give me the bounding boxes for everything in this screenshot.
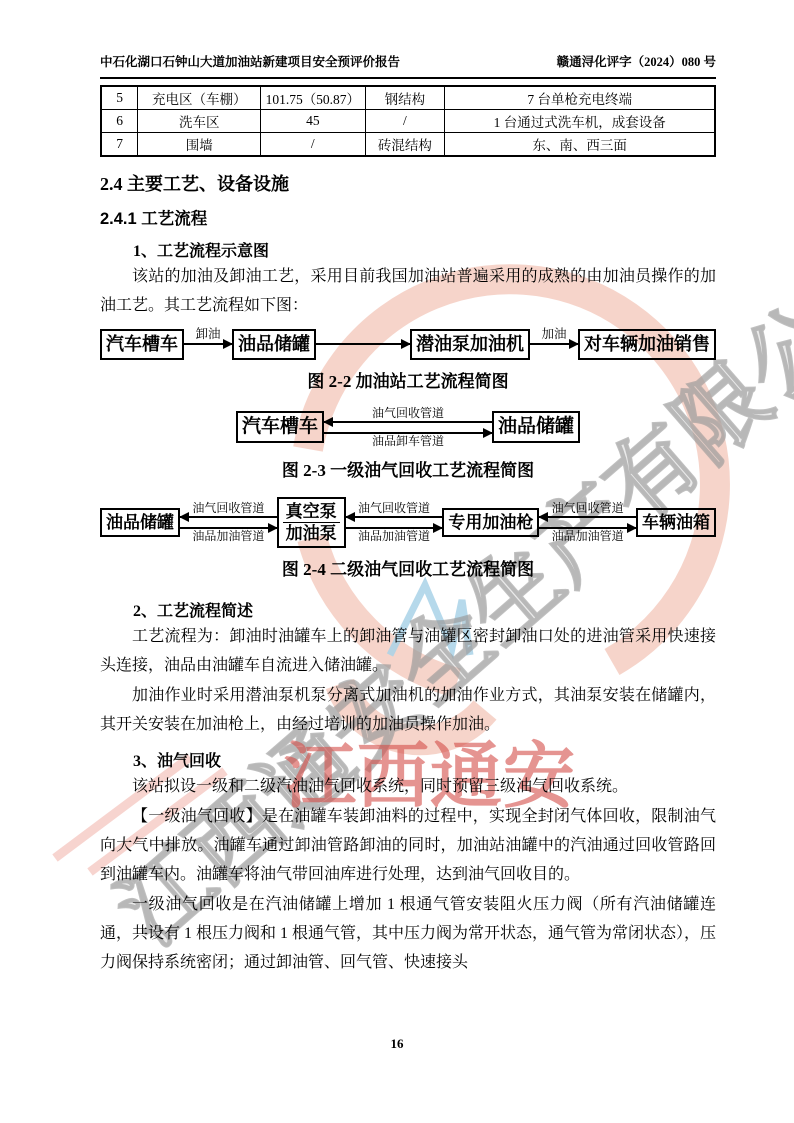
arrow-label-unload: 卸油: [184, 324, 232, 342]
flow-diagram-stage2-recovery: 油品储罐 油气回收管道 油品加油管道 真空泵 加油泵 油气回收管道 油品加油管道…: [100, 497, 716, 549]
pipe-label-oil-fueling: 油品加油管道: [346, 529, 443, 544]
flow-diagram-refueling: 汽车槽车 卸油 油品储罐 潜油泵加油机 加油 对车辆加油销售: [100, 329, 716, 360]
paragraph-refueling-operation: 加油作业时采用潜油泵机泵分离式加油机的加油作业方式，其油泵安装在储罐内，其开关安…: [100, 681, 716, 739]
pipe-label-vapor-recovery: 油气回收管道: [539, 501, 636, 516]
pipe-arrow-right: [324, 432, 492, 434]
report-page: 江西通安全生产有限公司 江西通安 中石化湖口石钟山大道加油站新建项目安全预评价报…: [0, 0, 794, 1123]
flow-box-vehicle-tank: 车辆油箱: [636, 508, 716, 537]
page-number: 16: [0, 1036, 794, 1052]
flow-box-nozzle: 专用加油枪: [442, 508, 539, 537]
header-report-title: 中石化湖口石钟山大道加油站新建项目安全预评价报告: [100, 52, 400, 70]
table-cell: 充电区（车棚）: [138, 86, 261, 110]
table-cell: 洗车区: [138, 110, 261, 133]
section-heading-2-4: 2.4 主要工艺、设备设施: [100, 170, 716, 196]
pipe-label-vapor-recovery: 油气回收管道: [180, 501, 277, 516]
table-cell: 围墙: [138, 133, 261, 157]
table-cell: 1 台通过式洗车机，成套设备: [445, 110, 715, 133]
pipe-pair: 油气回收管道 油品加油管道: [180, 501, 277, 544]
table-row: 6 洗车区 45 / 1 台通过式洗车机，成套设备: [101, 110, 715, 133]
flow-box-dispenser: 潜油泵加油机: [410, 329, 530, 360]
table-cell: 7: [101, 133, 138, 157]
table-cell: 7 台单枪充电终端: [445, 86, 715, 110]
pipe-pair: 油气回收管道 油品加油管道: [346, 501, 443, 544]
pipe-arrow-right: [346, 527, 443, 529]
arrow-label-refuel: 加油: [530, 324, 578, 342]
flow-arrow-refuel: 加油: [530, 343, 578, 345]
pipe-label-oil-fueling: 油品加油管道: [539, 529, 636, 544]
paragraph-stage1-recovery: 【一级油气回收】是在油罐车装卸油料的过程中，实现全封闭气体回收，限制油气向大气中…: [100, 802, 716, 889]
pipe-arrow-right: [180, 527, 277, 529]
subheading-vapor-recovery: 3、油气回收: [100, 748, 716, 771]
facilities-table: 5 充电区（车棚） 101.75（50.87） 钢结构 7 台单枪充电终端 6 …: [100, 85, 716, 157]
page-content: 中石化湖口石钟山大道加油站新建项目安全预评价报告 赣通浔化评字（2024）080…: [100, 52, 716, 977]
flow-arrow-unload: 卸油: [184, 343, 232, 345]
flow-box-vacuum-pump: 真空泵 加油泵: [277, 497, 346, 549]
vacuum-pump-label: 真空泵: [283, 501, 340, 523]
table-cell: /: [261, 133, 365, 157]
pipe-pair: 油气回收管道 油品加油管道: [539, 501, 636, 544]
paragraph-unloading-process: 工艺流程为：卸油时油罐车上的卸油管与油罐区密封卸油口处的进油管采用快速接头连接，…: [100, 622, 716, 680]
flow-diagram-stage1-recovery: 汽车槽车 油气回收管道 油品卸车管道 油品储罐: [100, 406, 716, 449]
pipe-arrow-left: [180, 516, 277, 518]
figure-caption-2-3: 图 2-3 一级油气回收工艺流程简图: [100, 456, 716, 481]
table-cell: 东、南、西三面: [445, 133, 715, 157]
table-cell: 45: [261, 110, 365, 133]
fuel-pump-label: 加油泵: [283, 523, 340, 544]
subheading-flow-description: 2、工艺流程简述: [100, 598, 716, 621]
flow-arrow-plain: [316, 343, 410, 345]
pipe-arrow-left: [346, 516, 443, 518]
table-cell: 钢结构: [365, 86, 445, 110]
table-cell: 6: [101, 110, 138, 133]
flow-box-storage-tank: 油品储罐: [492, 411, 580, 443]
page-header: 中石化湖口石钟山大道加油站新建项目安全预评价报告 赣通浔化评字（2024）080…: [100, 52, 716, 79]
table-cell: 砖混结构: [365, 133, 445, 157]
pipe-arrow-left: [539, 516, 636, 518]
table-cell: /: [365, 110, 445, 133]
header-document-number: 赣通浔化评字（2024）080 号: [557, 52, 716, 70]
table-row: 7 围墙 / 砖混结构 东、南、西三面: [101, 133, 715, 157]
paragraph-stage1-detail: 一级油气回收是在汽油储罐上增加 1 根通气管安装阻火压力阀（所有汽油储罐连通，共…: [100, 890, 716, 977]
paragraph-recovery-systems: 该站拟设一级和二级汽油油气回收系统，同时预留三级油气回收系统。: [100, 772, 716, 801]
pipe-label-vapor-recovery: 油气回收管道: [346, 501, 443, 516]
table-row: 5 充电区（车棚） 101.75（50.87） 钢结构 7 台单枪充电终端: [101, 86, 715, 110]
pipe-arrow-left: [324, 421, 492, 423]
paragraph-process-intro: 该站的加油及卸油工艺，采用目前我国加油站普遍采用的成熟的由加油员操作的加油工艺。…: [100, 262, 716, 320]
flow-box-tank-truck: 汽车槽车: [236, 411, 324, 443]
table-cell: 5: [101, 86, 138, 110]
pipe-arrow-right: [539, 527, 636, 529]
figure-caption-2-4: 图 2-4 二级油气回收工艺流程简图: [100, 555, 716, 580]
pipe-label-oil-unloading: 油品卸车管道: [324, 434, 492, 449]
flow-box-storage-tank: 油品储罐: [100, 508, 180, 537]
subheading-flow-schematic: 1、工艺流程示意图: [100, 238, 716, 261]
flow-box-tank-truck: 汽车槽车: [100, 329, 184, 360]
figure-caption-2-2: 图 2-2 加油站工艺流程简图: [100, 367, 716, 392]
pipe-label-vapor-recovery: 油气回收管道: [324, 406, 492, 421]
flow-box-vehicle-sales: 对车辆加油销售: [578, 329, 716, 360]
pipe-label-oil-fueling: 油品加油管道: [180, 529, 277, 544]
section-heading-2-4-1: 2.4.1 工艺流程: [100, 205, 716, 229]
flow-box-storage-tank: 油品储罐: [232, 329, 316, 360]
table-cell: 101.75（50.87）: [261, 86, 365, 110]
pipe-pair: 油气回收管道 油品卸车管道: [324, 406, 492, 449]
